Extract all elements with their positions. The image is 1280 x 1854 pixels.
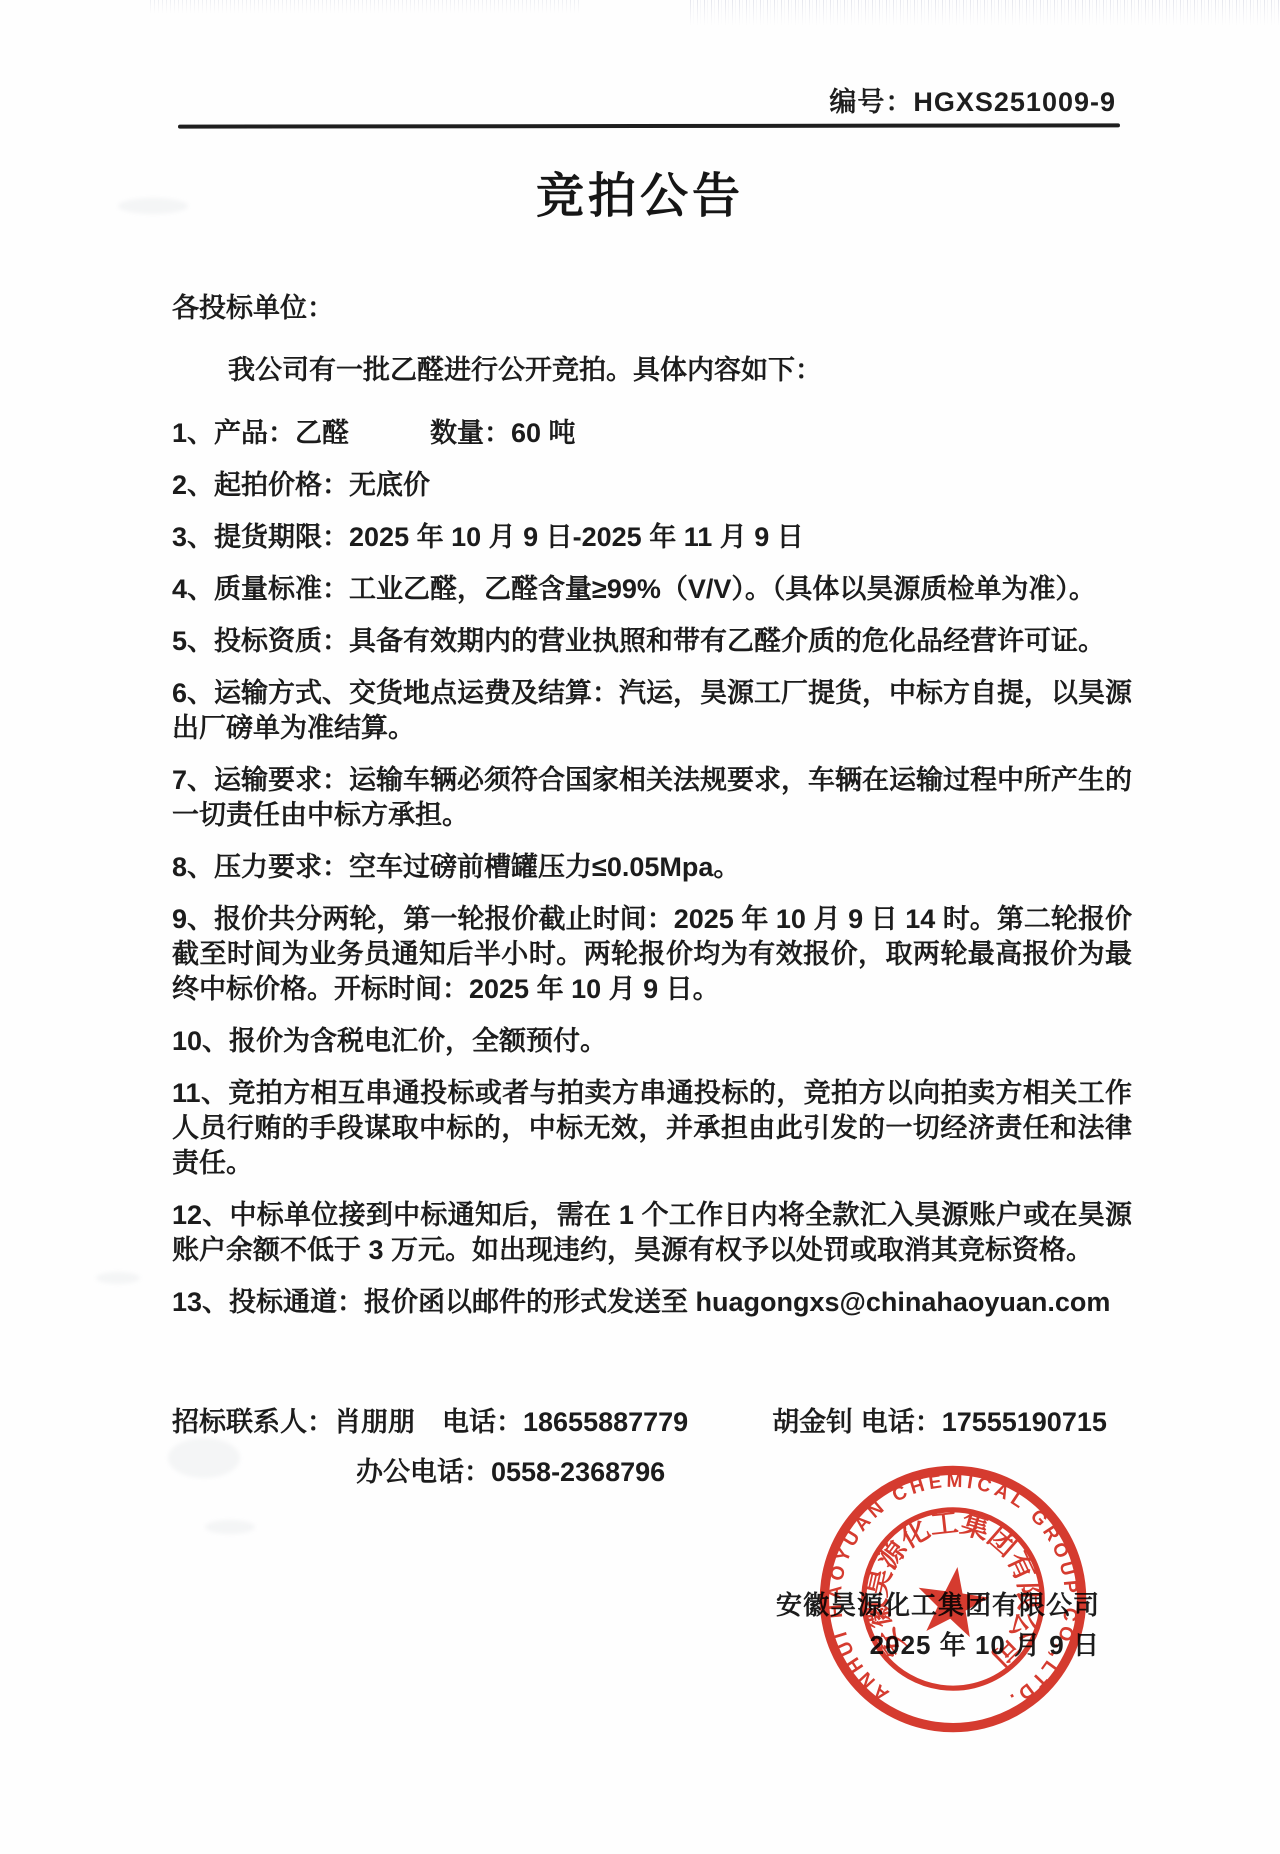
star-icon [913, 1562, 993, 1639]
scan-artifact [205, 1520, 255, 1534]
auction-item: 12、中标单位接到中标通知后，需在 1 个工作日内将全款汇入昊源账户或在昊源账户… [172, 1198, 1132, 1268]
contact-person-2: 胡金钊 电话：17555190715 [772, 1405, 1107, 1440]
auction-item: 3、提货期限：2025 年 10 月 9 日-2025 年 11 月 9 日 [172, 520, 1132, 555]
auction-item: 5、投标资质：具备有效期内的营业执照和带有乙醛介质的危化品经营许可证。 [172, 624, 1132, 659]
auction-item: 6、运输方式、交货地点运费及结算：汽运，昊源工厂提货，中标方自提，以昊源出厂磅单… [172, 676, 1132, 746]
scanned-auction-notice: 编号：HGXS251009-9 竞拍公告 各投标单位： 我公司有一批乙醛进行公开… [0, 0, 1280, 1854]
auction-item: 9、报价共分两轮，第一轮报价截止时间：2025 年 10 月 9 日 14 时。… [172, 902, 1132, 1007]
page-title: 竞拍公告 [0, 167, 1280, 227]
auction-item: 4、质量标准：工业乙醛，乙醛含量≥99%（V/V）。（具体以昊源质检单为准）。 [172, 572, 1132, 607]
auction-item: 2、起拍价格：无底价 [172, 468, 1132, 503]
scan-artifact [96, 1272, 140, 1284]
document-body: 各投标单位： 我公司有一批乙醛进行公开竞拍。具体内容如下： 1、产品：乙醛 数量… [172, 291, 1132, 1663]
auction-item: 7、运输要求：运输车辆必须符合国家相关法规要求，车辆在运输过程中所产生的一切责任… [172, 763, 1132, 833]
company-seal: ANHUI HAOYUAN CHEMICAL GROUP CO.,LTD. 安徽… [795, 1441, 1111, 1757]
contact-line: 招标联系人：肖朋朋 电话：18655887779 胡金钊 电话：17555190… [172, 1405, 1132, 1440]
scan-artifact [150, 0, 580, 14]
header-rule [178, 123, 1120, 128]
salutation: 各投标单位： [172, 291, 1132, 326]
auction-item: 8、压力要求：空车过磅前槽罐压力≤0.05Mpa。 [172, 850, 1132, 885]
scan-artifact [168, 1438, 240, 1478]
scan-artifact [118, 198, 188, 214]
auction-items: 1、产品：乙醛 数量：60 吨 2、起拍价格：无底价 3、提货期限：2025 年… [172, 416, 1132, 1320]
contact-person-1: 招标联系人：肖朋朋 电话：18655887779 [172, 1405, 688, 1440]
intro-paragraph: 我公司有一批乙醛进行公开竞拍。具体内容如下： [172, 353, 1132, 388]
auction-item: 11、竞拍方相互串通投标或者与拍卖方串通投标的，竞拍方以向拍卖方相关工作人员行贿… [172, 1076, 1132, 1181]
auction-item: 1、产品：乙醛 数量：60 吨 [172, 416, 1132, 451]
auction-item: 10、报价为含税电汇价，全额预付。 [172, 1024, 1132, 1059]
auction-item: 13、投标通道：报价函以邮件的形式发送至 huagongxs@chinahaoy… [172, 1285, 1132, 1320]
scan-artifact [690, 0, 1280, 26]
